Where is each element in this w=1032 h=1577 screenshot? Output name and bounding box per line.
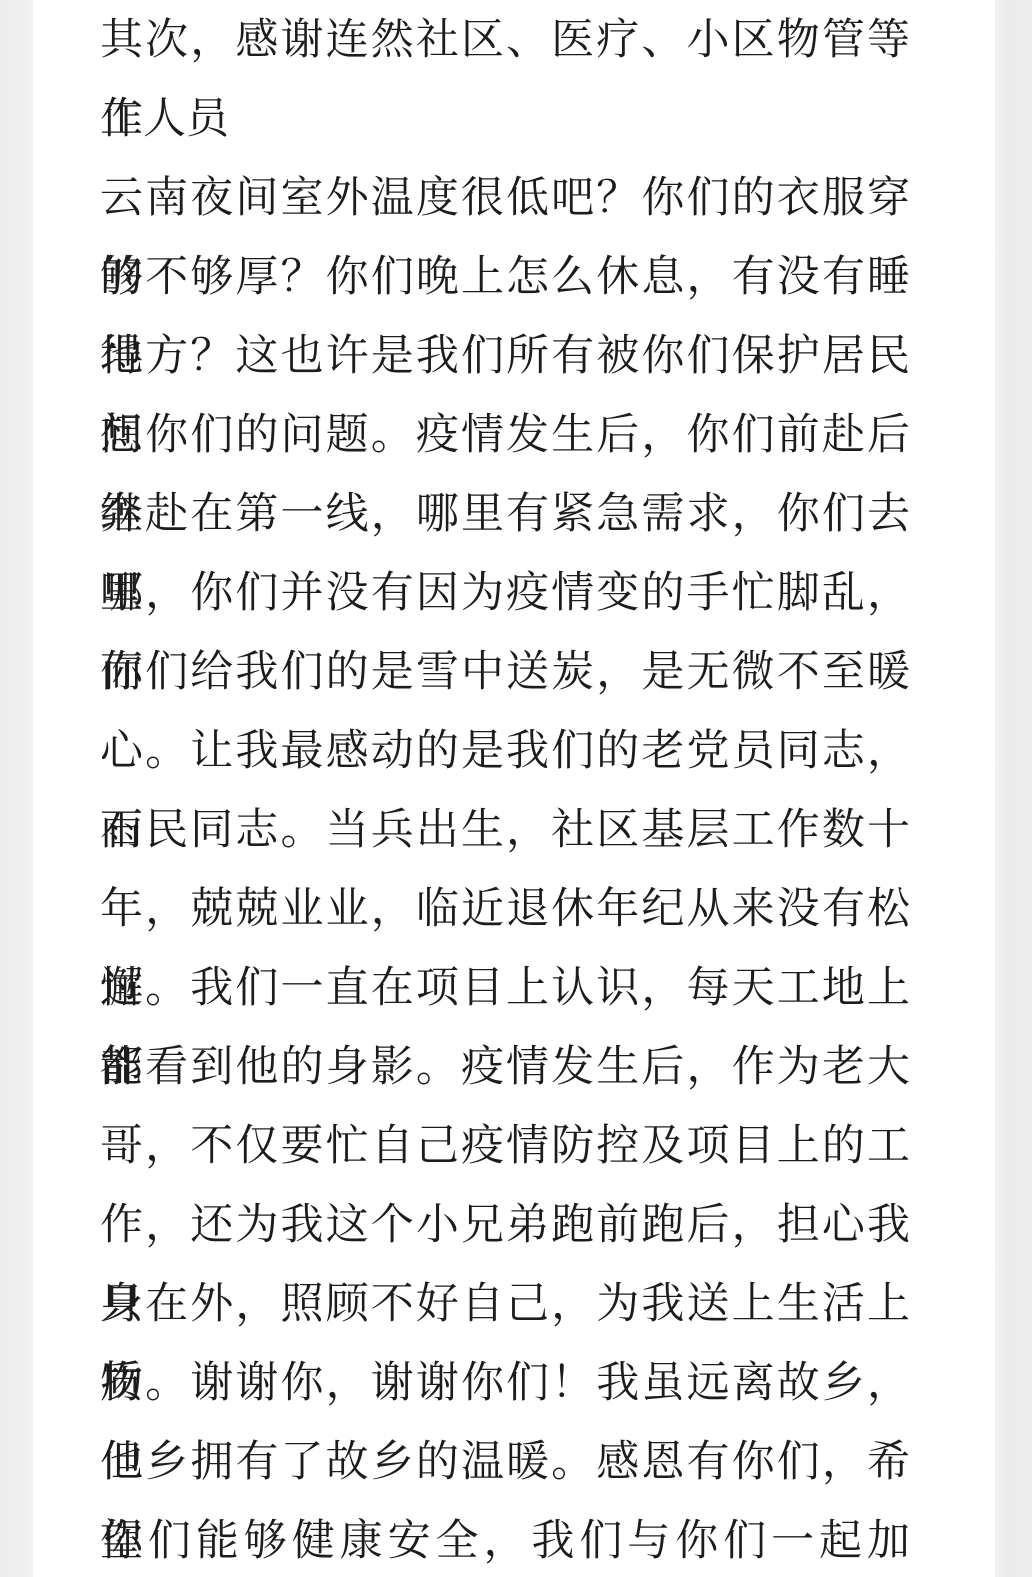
text-line: 够不够厚？你们晚上怎么休息，有没有睡得	[100, 238, 910, 317]
text-line: 作人员	[100, 80, 910, 159]
text-line: 云南夜间室外温度很低吧？你们的衣服穿的	[100, 159, 910, 238]
text-line: 问你们的问题。疫情发生后，你们前赴后继	[100, 396, 910, 475]
text-line: 他乡拥有了故乡的温暖。感恩有你们，希望	[100, 1423, 910, 1502]
text-line: 地方？这也许是我们所有被你们保护居民想	[100, 317, 910, 396]
text-line: 身在外，照顾不好自己，为我送上生活上物	[100, 1265, 910, 1344]
text-line: 里，你们并没有因为疫情变的手忙脚乱，而	[100, 554, 910, 633]
text-line: 心。让我最感动的是我们的老党员同志，石	[100, 712, 910, 791]
text-line: 年，兢兢业业，临近退休年纪从来没有松懈	[100, 870, 910, 949]
paragraph-letter-main: 云南夜间室外温度很低吧？你们的衣服穿的 够不够厚？你们晚上怎么休息，有没有睡得 …	[100, 159, 910, 1577]
text-line: 能看到他的身影。疫情发生后，作为老大	[100, 1028, 910, 1107]
text-line: 哥，不仅要忙自己疫情防控及项目上的工	[100, 1107, 910, 1186]
text-line: 奔赴在第一线，哪里有紧急需求，你们去哪	[100, 475, 910, 554]
paragraph-thanks-workers: 其次，感谢连然社区、医疗、小区物管等工 作人员	[100, 1, 910, 159]
text-line: 其次，感谢连然社区、医疗、小区物管等工	[100, 1, 910, 80]
letter-body: 其次，感谢连然社区、医疗、小区物管等工 作人员 云南夜间室外温度很低吧？你们的衣…	[100, 1, 910, 1577]
text-line: 过。我们一直在项目上认识，每天工地上都	[100, 949, 910, 1028]
text-line: 你们能够健康安全，我们与你们一起加油！	[100, 1502, 910, 1577]
page-gutter-left	[0, 0, 33, 1577]
page-gutter-right	[995, 0, 1032, 1577]
text-line: 雨民同志。当兵出生，社区基层工作数十	[100, 791, 910, 870]
text-line: 你们给我们的是雪中送炭，是无微不至暖	[100, 633, 910, 712]
text-line: 质。谢谢你，谢谢你们！我虽远离故乡，但	[100, 1344, 910, 1423]
text-line: 作，还为我这个小兄弟跑前跑后，担心我只	[100, 1186, 910, 1265]
